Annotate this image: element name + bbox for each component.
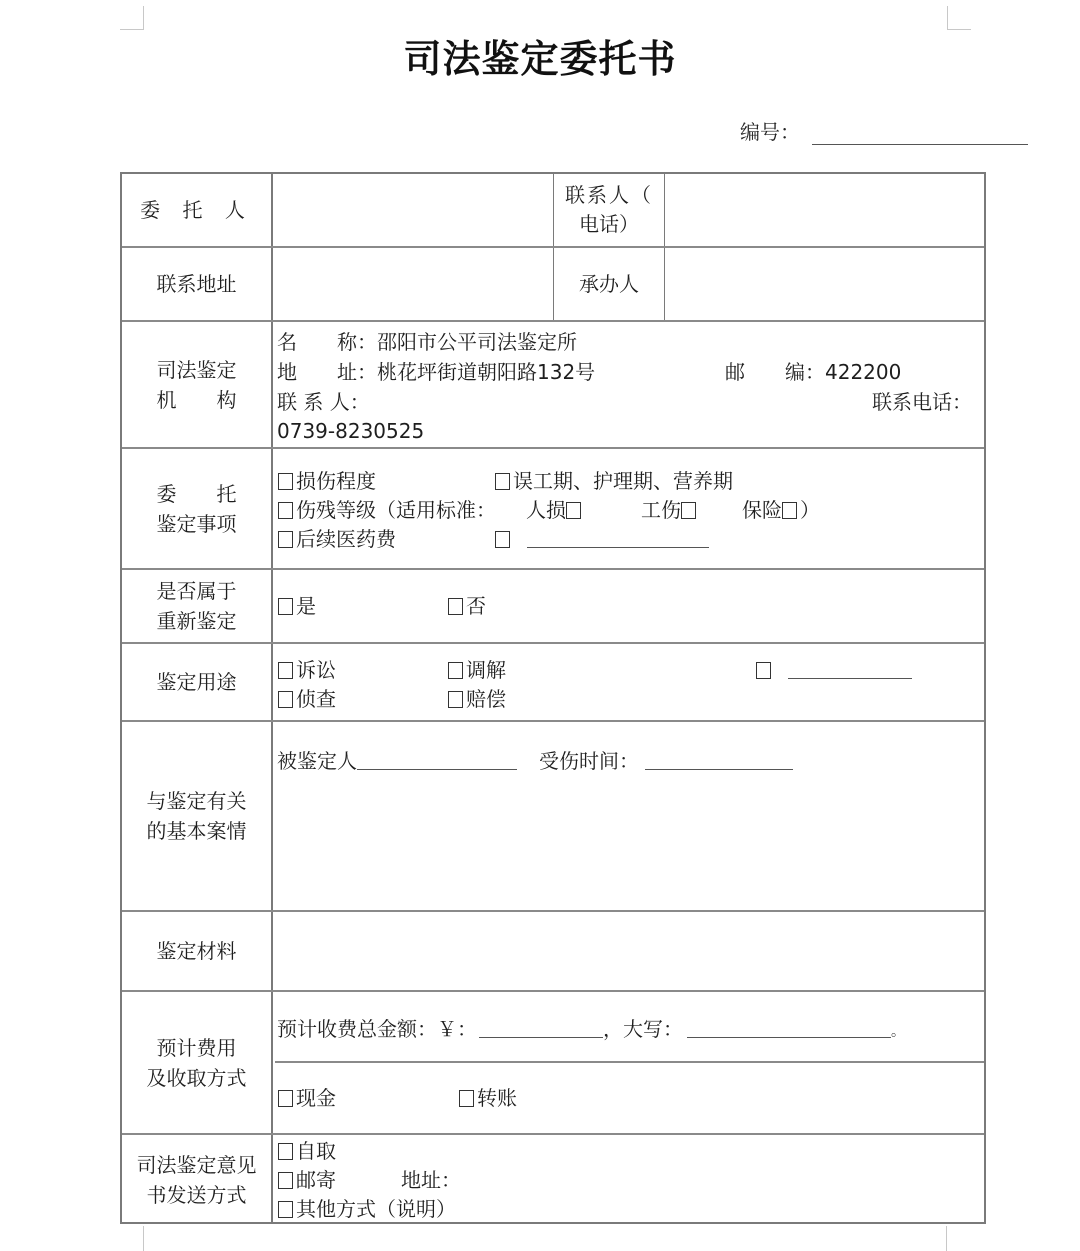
checkbox-transfer[interactable]: 转账 <box>459 1084 517 1113</box>
fees-sub-divider <box>275 1061 984 1063</box>
checkbox-standard-insurance[interactable]: 保险） <box>742 496 820 525</box>
row-re-appraisal: 是否属于 重新鉴定 是 否 <box>122 570 984 644</box>
checkbox-icon[interactable] <box>756 662 771 679</box>
option-label: 伤残等级（适用标准： <box>296 498 496 522</box>
contact-phone-label-line1: 联系人（ <box>565 181 653 210</box>
option-label: 否 <box>466 594 486 618</box>
checkbox-investigation[interactable]: 侦查 <box>278 685 336 714</box>
row-materials: 鉴定材料 <box>122 912 984 992</box>
page-corner-mark <box>143 1226 167 1251</box>
institution-label-line1: 司法鉴定 <box>157 355 237 385</box>
case-facts-label: 与鉴定有关 的基本案情 <box>122 722 273 910</box>
materials-label: 鉴定材料 <box>122 912 273 990</box>
case-facts-label-line1: 与鉴定有关 <box>147 786 247 816</box>
fee-total-field: 预计收费总金额：￥：，大写：。 <box>277 1015 905 1047</box>
option-label: 是 <box>296 594 316 618</box>
page-corner-mark <box>947 6 971 30</box>
checkbox-icon[interactable] <box>278 1172 293 1189</box>
other-purpose-input[interactable] <box>788 659 912 679</box>
materials-input[interactable] <box>275 912 984 990</box>
institution-address-label: 地 址： <box>277 360 377 384</box>
matters-label-line2: 鉴定事项 <box>157 509 237 539</box>
checkbox-icon[interactable] <box>495 473 510 490</box>
checkbox-lost-work-period[interactable]: 误工期、护理期、营养期 <box>495 467 733 496</box>
checkbox-icon[interactable] <box>278 502 293 519</box>
institution-label: 司法鉴定 机 构 <box>122 322 273 447</box>
institution-phone-value: 0739-8230525 <box>277 417 424 446</box>
delivery-options: 自取 邮寄 地址： 其他方式（说明） <box>275 1135 984 1224</box>
client-label: 委 托 人 <box>122 174 273 246</box>
purpose-label: 鉴定用途 <box>122 644 273 720</box>
institution-name: 名 称：邵阳市公平司法鉴定所 <box>277 328 577 357</box>
option-label: 侦查 <box>296 687 336 711</box>
contact-phone-label: 联系人（ 电话） <box>554 174 665 246</box>
checkbox-icon[interactable] <box>278 531 293 548</box>
checkbox-standard-personal-injury[interactable]: 人损 <box>526 496 584 525</box>
institution-name-value: 邵阳市公平司法鉴定所 <box>377 330 577 354</box>
row-purpose: 鉴定用途 诉讼 调解 侦查 赔偿 <box>122 644 984 722</box>
option-label: 调解 <box>466 658 506 682</box>
checkbox-cash[interactable]: 现金 <box>278 1084 336 1113</box>
checkbox-icon[interactable] <box>278 691 293 708</box>
injury-time-field: 受伤时间： <box>539 747 793 776</box>
contact-phone-label-line2: 电话） <box>579 210 639 239</box>
delivery-label-line1: 司法鉴定意见 <box>137 1150 257 1180</box>
checkbox-other-delivery[interactable]: 其他方式（说明） <box>278 1195 456 1224</box>
fees-label: 预计费用 及收取方式 <box>122 992 273 1133</box>
fees-label-line1: 预计费用 <box>157 1033 237 1063</box>
checkbox-mediation[interactable]: 调解 <box>448 656 506 685</box>
contact-phone-input[interactable] <box>666 174 984 246</box>
option-label: 保险 <box>742 498 782 522</box>
checkbox-icon[interactable] <box>278 598 293 615</box>
checkbox-icon[interactable] <box>782 502 797 519</box>
re-appraisal-options: 是 否 <box>275 570 984 642</box>
mail-address-field: 地址： <box>401 1166 461 1195</box>
checkbox-mail[interactable]: 邮寄 <box>278 1166 336 1195</box>
re-appraisal-label: 是否属于 重新鉴定 <box>122 570 273 642</box>
institution-contact-label: 联 系 人： <box>277 390 370 414</box>
fee-total-label: 预计收费总金额：￥： <box>277 1017 477 1041</box>
injury-time-input[interactable] <box>645 750 793 770</box>
checkbox-icon[interactable] <box>448 598 463 615</box>
option-label: 工伤 <box>641 498 681 522</box>
address-label: 联系地址 <box>122 248 273 320</box>
checkbox-other-matter[interactable] <box>495 525 709 554</box>
option-label: 自取 <box>296 1139 336 1163</box>
purpose-options: 诉讼 调解 侦查 赔偿 <box>275 644 984 720</box>
checkbox-litigation[interactable]: 诉讼 <box>278 656 336 685</box>
fee-total-input[interactable] <box>479 1018 603 1038</box>
checkbox-icon[interactable] <box>566 502 581 519</box>
checkbox-icon[interactable] <box>681 502 696 519</box>
serial-label: 编号： <box>740 116 800 145</box>
handler-label: 承办人 <box>554 248 665 320</box>
option-label: 其他方式（说明） <box>296 1197 456 1221</box>
option-label: 后续医药费 <box>296 527 396 551</box>
institution-address: 地 址：桃花坪街道朝阳路132号 <box>277 358 595 387</box>
option-label: 诉讼 <box>296 658 336 682</box>
checkbox-icon[interactable] <box>459 1090 474 1107</box>
checkbox-yes[interactable]: 是 <box>278 592 316 621</box>
row-institution: 司法鉴定 机 构 名 称：邵阳市公平司法鉴定所 地 址：桃花坪街道朝阳路132号… <box>122 322 984 449</box>
institution-address-value: 桃花坪街道朝阳路132号 <box>377 360 595 384</box>
fee-capital-label: ，大写： <box>603 1017 683 1041</box>
row-delivery: 司法鉴定意见 书发送方式 自取 邮寄 地址： 其他方式（说明） <box>122 1135 984 1224</box>
checkbox-icon[interactable] <box>448 662 463 679</box>
appraised-person-field: 被鉴定人 <box>277 747 517 776</box>
client-input[interactable] <box>275 174 551 246</box>
page-corner-mark <box>120 6 144 30</box>
delivery-label-line2: 书发送方式 <box>147 1180 247 1210</box>
checkbox-injury-degree[interactable]: 损伤程度 <box>278 467 376 496</box>
page-corner-mark <box>946 1226 970 1251</box>
institution-details: 名 称：邵阳市公平司法鉴定所 地 址：桃花坪街道朝阳路132号 邮 编：4222… <box>275 322 984 447</box>
institution-contact: 联 系 人： <box>277 388 370 417</box>
injury-time-label: 受伤时间： <box>539 749 639 773</box>
fee-capital-input[interactable] <box>687 1018 891 1038</box>
address-input[interactable] <box>275 248 551 320</box>
checkbox-icon[interactable] <box>278 662 293 679</box>
case-facts-content[interactable]: 被鉴定人 受伤时间： <box>275 722 984 910</box>
checkbox-icon[interactable] <box>278 1090 293 1107</box>
case-facts-label-line2: 的基本案情 <box>147 816 247 846</box>
institution-postcode: 邮 编：422200 <box>725 358 901 387</box>
option-label: 人损 <box>526 498 566 522</box>
matters-options: 损伤程度 误工期、护理期、营养期 伤残等级（适用标准： 人损 工伤 保险） 后续… <box>275 449 984 568</box>
checkbox-icon[interactable] <box>495 531 510 548</box>
fees-content: 预计收费总金额：￥：，大写：。 现金 转账 <box>275 992 984 1133</box>
document-title: 司法鉴定委托书 <box>0 28 1080 83</box>
re-appraisal-label-line1: 是否属于 <box>157 576 237 606</box>
handler-input[interactable] <box>666 248 984 320</box>
checkbox-follow-up-medical[interactable]: 后续医药费 <box>278 525 396 554</box>
mail-address-label: 地址： <box>401 1168 461 1192</box>
row-matters: 委 托 鉴定事项 损伤程度 误工期、护理期、营养期 伤残等级（适用标准： 人损 … <box>122 449 984 570</box>
delivery-label: 司法鉴定意见 书发送方式 <box>122 1135 273 1224</box>
option-label: 邮寄 <box>296 1168 336 1192</box>
row-address: 联系地址 承办人 <box>122 248 984 322</box>
checkbox-standard-work-injury[interactable]: 工伤 <box>641 496 699 525</box>
serial-input[interactable] <box>812 123 1028 145</box>
institution-postcode-value: 422200 <box>825 360 901 384</box>
other-matter-input[interactable] <box>527 528 709 548</box>
option-label: 误工期、护理期、营养期 <box>513 469 733 493</box>
appraised-person-input[interactable] <box>357 750 517 770</box>
checkbox-icon[interactable] <box>278 1201 293 1218</box>
row-client: 委 托 人 联系人（ 电话） <box>122 174 984 248</box>
checkbox-icon[interactable] <box>448 691 463 708</box>
end-mark: 。 <box>891 1024 905 1040</box>
institution-postcode-label: 邮 编： <box>725 360 825 384</box>
checkbox-disability-grade[interactable]: 伤残等级（适用标准： <box>278 496 496 525</box>
institution-name-label: 名 称： <box>277 330 377 354</box>
checkbox-other-purpose[interactable] <box>756 656 912 685</box>
matters-label: 委 托 鉴定事项 <box>122 449 273 568</box>
option-label: 转账 <box>477 1086 517 1110</box>
institution-label-line2: 机 构 <box>157 385 237 415</box>
checkbox-self-pickup[interactable]: 自取 <box>278 1137 336 1166</box>
row-case-facts: 与鉴定有关 的基本案情 被鉴定人 受伤时间： <box>122 722 984 912</box>
row-fees: 预计费用 及收取方式 预计收费总金额：￥：，大写：。 现金 转账 <box>122 992 984 1135</box>
option-label: 损伤程度 <box>296 469 376 493</box>
option-label: 现金 <box>296 1086 336 1110</box>
institution-phone-label: 联系电话： <box>872 388 972 417</box>
re-appraisal-label-line2: 重新鉴定 <box>157 606 237 636</box>
checkbox-icon[interactable] <box>278 473 293 490</box>
checkbox-compensation[interactable]: 赔偿 <box>448 685 506 714</box>
checkbox-icon[interactable] <box>278 1143 293 1160</box>
option-label: 赔偿 <box>466 687 506 711</box>
commission-form: 委 托 人 联系人（ 电话） 联系地址 承办人 司法鉴定 机 构 名 称：邵阳市… <box>120 172 986 1224</box>
fees-label-line2: 及收取方式 <box>147 1063 247 1093</box>
matters-label-line1: 委 托 <box>157 479 237 509</box>
serial-number: 编号： <box>740 116 1028 145</box>
paren-close: ） <box>800 498 820 522</box>
checkbox-no[interactable]: 否 <box>448 592 486 621</box>
appraised-person-label: 被鉴定人 <box>277 749 357 773</box>
